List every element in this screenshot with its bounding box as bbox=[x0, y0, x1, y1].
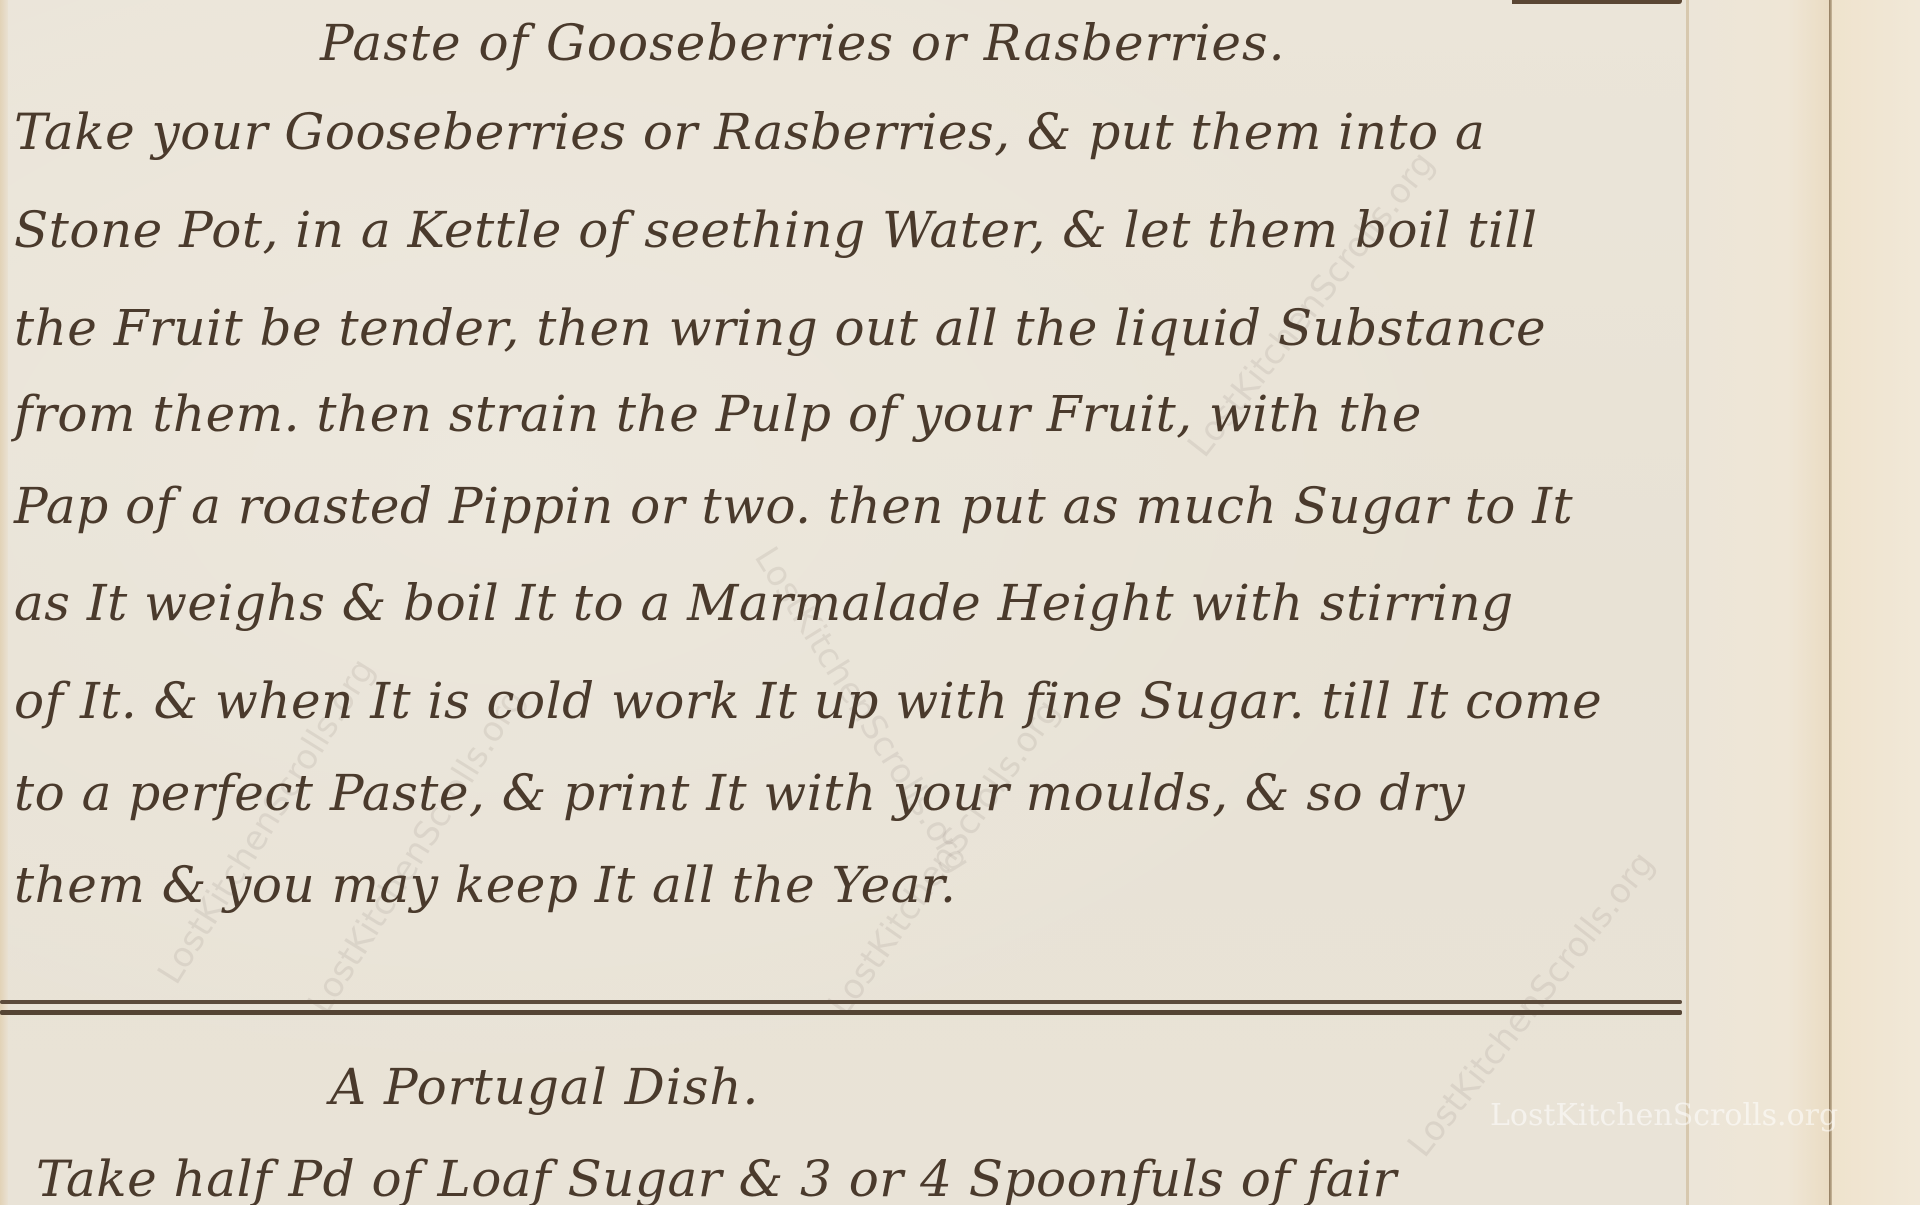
page-margin bbox=[1689, 0, 1829, 1205]
recipe-line: of It. & when It is cold work It up with… bbox=[14, 672, 1602, 730]
page-left-edge bbox=[0, 0, 8, 1205]
top-rule-fragment bbox=[1512, 0, 1682, 4]
adjacent-page-edge bbox=[1832, 0, 1920, 1205]
recipe-line: Stone Pot, in a Kettle of seething Water… bbox=[14, 201, 1537, 259]
recipe-line: to a perfect Paste, & print It with your… bbox=[14, 764, 1465, 822]
recipe-line: the Fruit be tender, then wring out all … bbox=[14, 299, 1546, 357]
recipe-line: them & you may keep It all the Year. bbox=[14, 856, 956, 914]
recipe-title: A Portugal Dish. bbox=[330, 1058, 759, 1116]
recipe-line: Take half Pd of Loaf Sugar & 3 or 4 Spoo… bbox=[36, 1150, 1397, 1205]
recipe-line: as It weighs & boil It to a Marmalade He… bbox=[14, 574, 1514, 632]
section-divider-top-rule bbox=[0, 1000, 1682, 1004]
recipe-line: Pap of a roasted Pippin or two. then put… bbox=[14, 477, 1573, 535]
corner-watermark: LostKitchenScrolls.org bbox=[1490, 1098, 1838, 1133]
section-divider-bottom-rule bbox=[0, 1010, 1682, 1015]
recipe-line: Take your Gooseberries or Rasberries, & … bbox=[14, 103, 1485, 161]
recipe-title: Paste of Gooseberries or Rasberries. bbox=[320, 14, 1286, 72]
manuscript-page: LostKitchenScrolls.org LostKitchenScroll… bbox=[0, 0, 1688, 1205]
recipe-line: from them. then strain the Pulp of your … bbox=[14, 385, 1422, 443]
